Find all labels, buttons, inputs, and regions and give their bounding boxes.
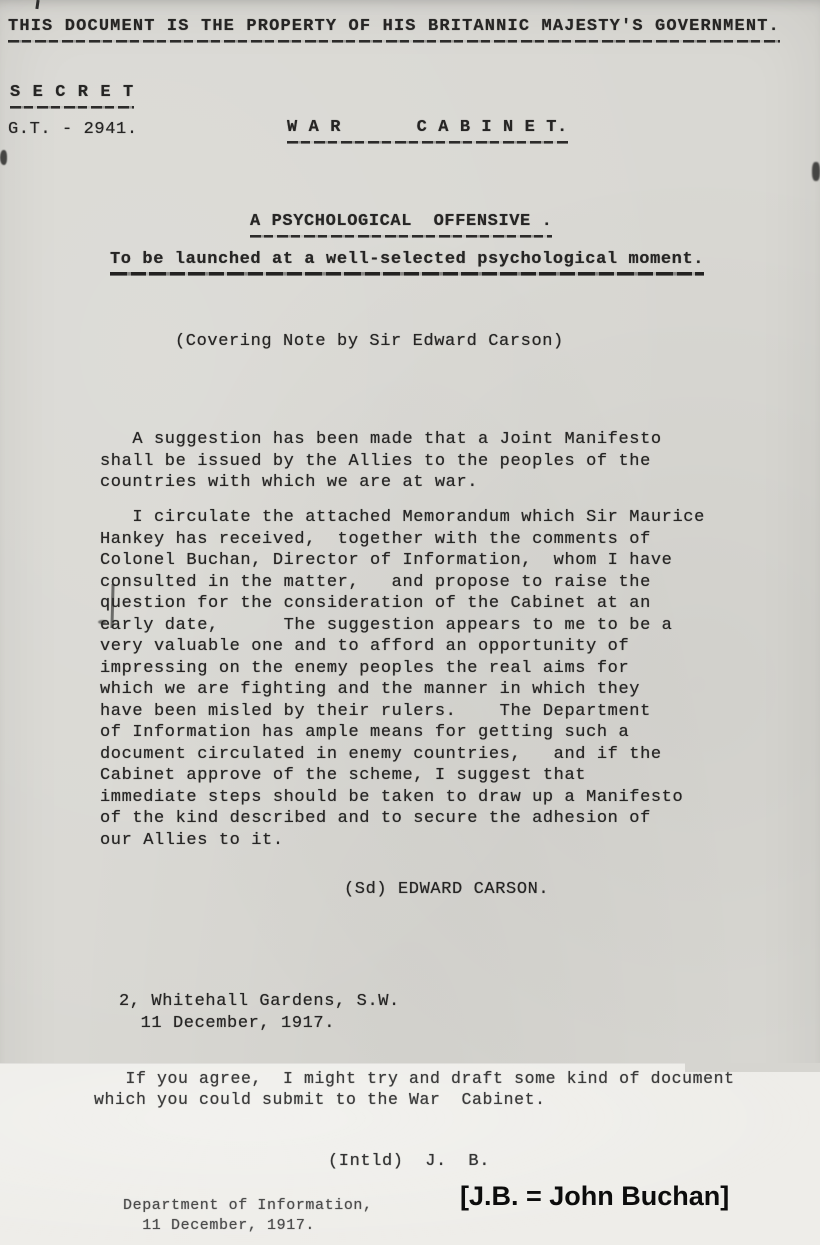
postscript-note: If you agree, I might try and draft some… <box>94 1068 735 1110</box>
document-scan: THIS DOCUMENT IS THE PROPERTY OF HIS BRI… <box>0 0 820 1245</box>
document-title: A PSYCHOLOGICAL OFFENSIVE . <box>250 211 552 238</box>
initials-line: (Intld) J. B. <box>328 1151 490 1173</box>
document-subtitle: To be launched at a well-selected psycho… <box>110 249 704 276</box>
reference-number: G.T. - 2941. <box>8 119 138 141</box>
scan-smudge-right-edge <box>812 162 820 181</box>
scan-smudge-left-edge <box>0 150 7 165</box>
paragraph-1: A suggestion has been made that a Joint … <box>100 429 662 494</box>
modern-annotation: [J.B. = John Buchan] <box>460 1181 729 1212</box>
war-cabinet-heading: W A R C A B I N E T. <box>287 117 568 144</box>
signature-line: (Sd) EDWARD CARSON. <box>344 879 549 901</box>
department-block: Department of Information, 11 December, … <box>123 1196 373 1235</box>
property-notice-line: THIS DOCUMENT IS THE PROPERTY OF HIS BRI… <box>8 16 780 43</box>
covering-note-heading: (Covering Note by Sir Edward Carson) <box>175 331 564 353</box>
classification-secret: S E C R E T <box>10 82 134 109</box>
address-block: 2, Whitehall Gardens, S.W. 11 December, … <box>119 991 400 1034</box>
paragraph-2: I circulate the attached Memorandum whic… <box>100 507 705 851</box>
scan-artifact-top-tick <box>35 0 39 9</box>
